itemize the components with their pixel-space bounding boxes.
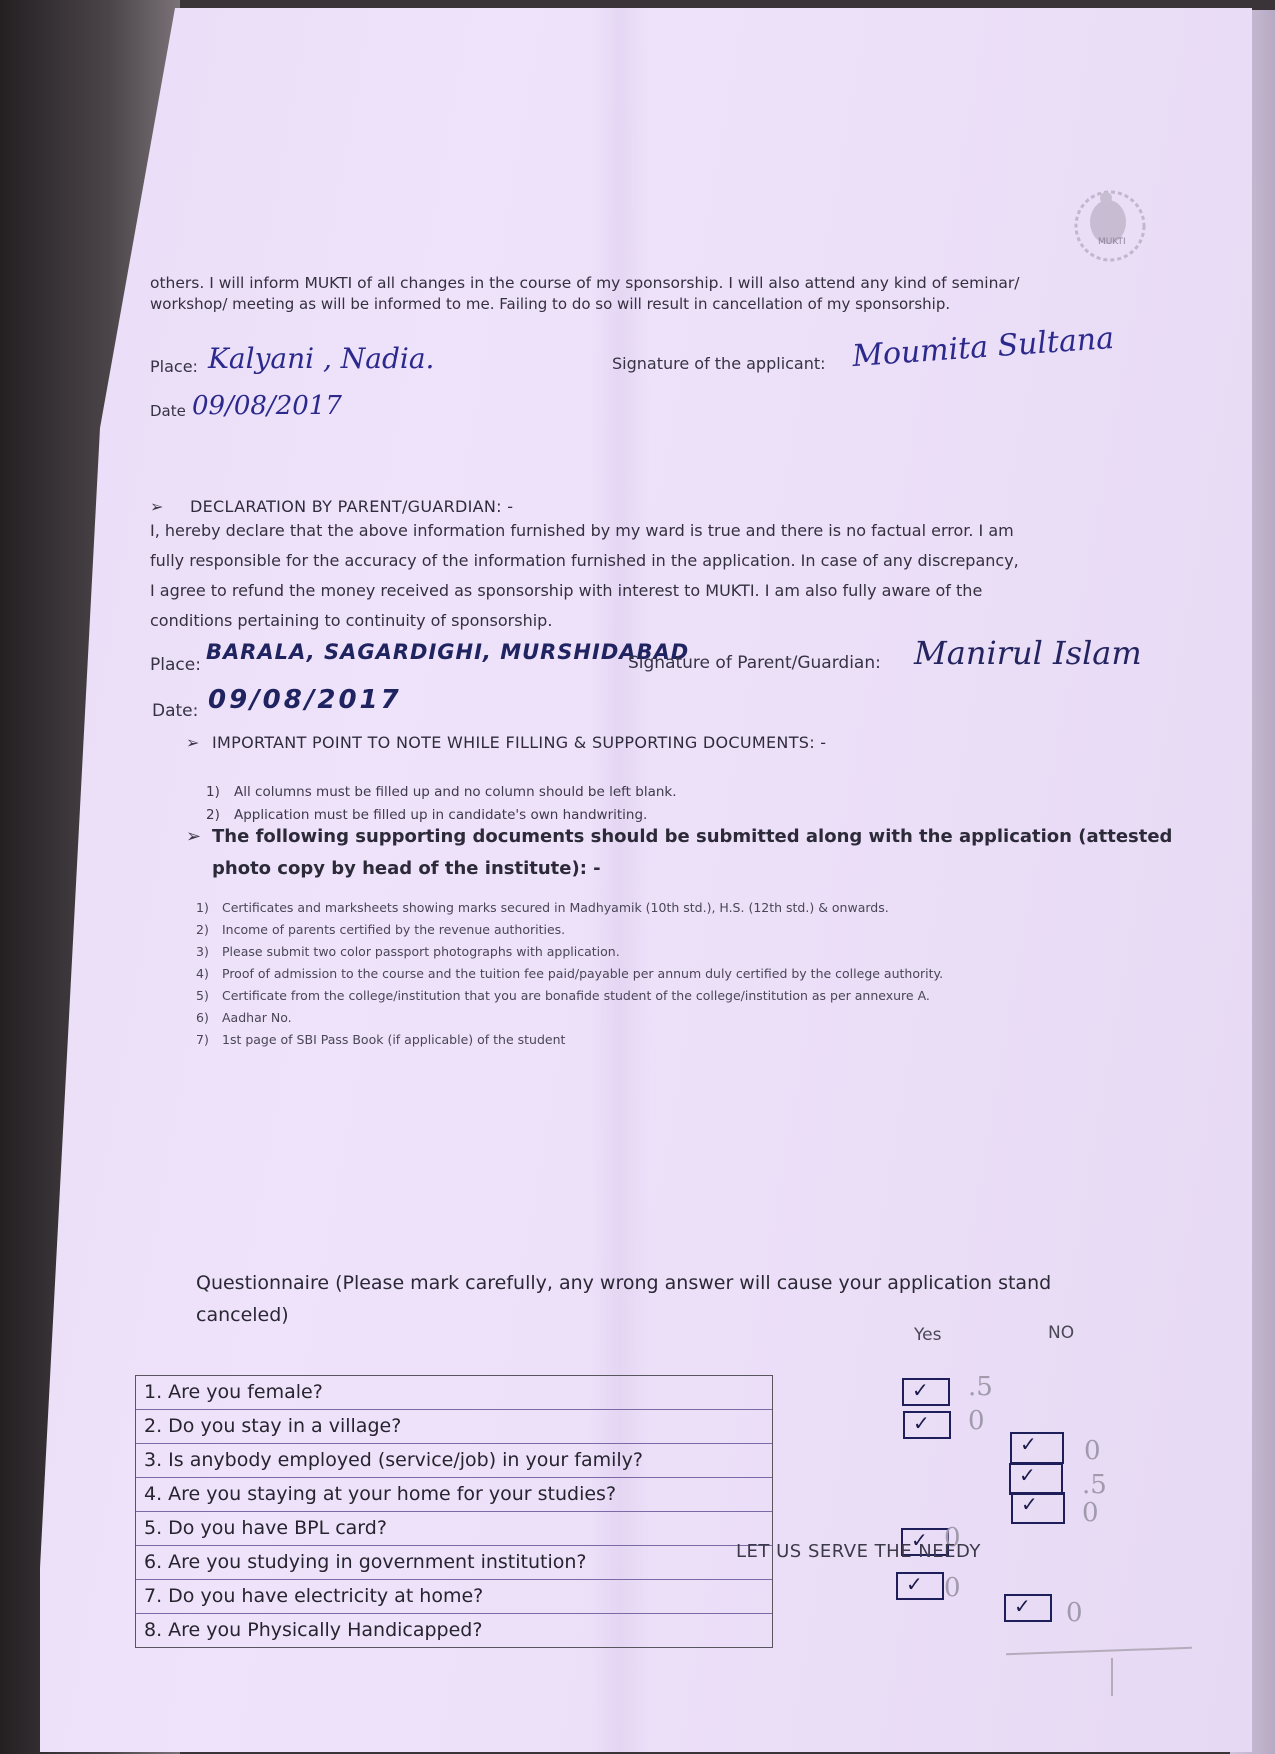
list-number: 6): [196, 1007, 222, 1029]
list-text: Certificates and marksheets showing mark…: [222, 900, 889, 915]
question-row: 5. Do you have BPL card?: [136, 1512, 772, 1546]
pencil-score: 0: [968, 1406, 985, 1436]
no-column-header: NO: [1048, 1323, 1074, 1343]
question-row: 6. Are you studying in government instit…: [136, 1546, 772, 1580]
check-mark-icon: ✓: [1014, 1594, 1031, 1618]
list-text: Income of parents certified by the reven…: [222, 922, 565, 937]
answer-checkbox-no[interactable]: ✓: [1004, 1594, 1052, 1622]
list-text: Please submit two color passport photogr…: [222, 944, 620, 959]
list-number: 7): [196, 1029, 222, 1051]
pencil-score: 0: [1066, 1598, 1083, 1628]
pencil-tally-mark: [1111, 1658, 1113, 1696]
supporting-docs-heading-line-1: ➢The following supporting documents shou…: [186, 826, 1172, 848]
applicant-declaration-line-1: others. I will inform MUKTI of all chang…: [150, 272, 1020, 294]
guardian-declaration-line-3: I agree to refund the money received as …: [150, 576, 982, 606]
guardian-declaration-line-4: conditions pertaining to continuity of s…: [150, 606, 552, 636]
list-number: 3): [196, 941, 222, 963]
answer-checkbox-no[interactable]: ✓: [1009, 1463, 1063, 1495]
list-text: Certificate from the college/institution…: [222, 988, 930, 1003]
supporting-doc-item: 2)Income of parents certified by the rev…: [196, 919, 565, 941]
guardian-declaration-line-2: fully responsible for the accuracy of th…: [150, 546, 1019, 576]
guardian-place-label: Place:: [150, 654, 201, 676]
question-row: 2. Do you stay in a village?: [136, 1410, 772, 1444]
arrow-bullet-icon: ➢: [150, 496, 190, 518]
motto-stamp: LET US SERVE THE NEEDY: [736, 1541, 981, 1562]
list-text: All columns must be filled up and no col…: [234, 784, 677, 800]
yes-column-header: Yes: [914, 1325, 941, 1345]
question-row: 7. Do you have electricity at home?: [136, 1580, 772, 1614]
guardian-signature[interactable]: Manirul Islam: [914, 634, 1142, 672]
important-point-1: 1)All columns must be filled up and no c…: [206, 781, 677, 803]
pencil-score: .5: [968, 1372, 993, 1402]
important-points-heading-text: IMPORTANT POINT TO NOTE WHILE FILLING & …: [212, 733, 826, 752]
supporting-doc-item: 4)Proof of admission to the course and t…: [196, 963, 943, 985]
answer-checkbox-yes[interactable]: ✓: [903, 1411, 951, 1439]
list-number: 4): [196, 963, 222, 985]
pencil-score: .5: [1082, 1470, 1107, 1500]
supporting-doc-item: 1)Certificates and marksheets showing ma…: [196, 897, 889, 919]
list-number: 5): [196, 985, 222, 1007]
guardian-declaration-line-1: I, hereby declare that the above informa…: [150, 516, 1014, 546]
pencil-score: 0: [1082, 1498, 1099, 1528]
question-row: 8. Are you Physically Handicapped?: [136, 1614, 772, 1647]
answer-checkbox-no[interactable]: ✓: [1010, 1432, 1064, 1464]
question-row: 1. Are you female?: [136, 1376, 772, 1410]
mukti-logo-icon: MUKTI: [1048, 178, 1168, 278]
guardian-declaration-heading: ➢DECLARATION BY PARENT/GUARDIAN: -: [150, 496, 513, 518]
guardian-heading-text: DECLARATION BY PARENT/GUARDIAN: -: [190, 497, 513, 516]
check-mark-icon: ✓: [906, 1572, 923, 1596]
supporting-doc-item: 7)1st page of SBI Pass Book (if applicab…: [196, 1029, 565, 1051]
guardian-date-label: Date:: [152, 700, 198, 722]
answer-checkbox-yes[interactable]: ✓: [896, 1572, 944, 1600]
check-mark-icon: ✓: [1021, 1492, 1038, 1516]
svg-text:MUKTI: MUKTI: [1098, 237, 1126, 247]
list-number: 2): [196, 919, 222, 941]
supporting-docs-heading-text: The following supporting documents shoul…: [212, 826, 1172, 847]
guardian-place-value[interactable]: BARALA, SAGARDIGHI, MURSHIDABAD: [206, 638, 689, 666]
arrow-bullet-icon: ➢: [186, 732, 212, 754]
supporting-doc-item: 6)Aadhar No.: [196, 1007, 292, 1029]
list-number: 2): [206, 804, 234, 826]
list-text: Aadhar No.: [222, 1010, 292, 1025]
applicant-signature-label: Signature of the applicant:: [612, 353, 826, 375]
guardian-signature-label: Signature of Parent/Guardian:: [628, 652, 881, 674]
list-text: Proof of admission to the course and the…: [222, 966, 943, 981]
supporting-docs-heading-line-2: photo copy by head of the institute): -: [212, 858, 601, 880]
answer-checkbox-no[interactable]: ✓: [1011, 1492, 1065, 1524]
check-mark-icon: ✓: [912, 1378, 929, 1402]
questionnaire-table: 1. Are you female?2. Do you stay in a vi…: [135, 1375, 773, 1648]
check-mark-icon: ✓: [1019, 1463, 1036, 1487]
list-text: Application must be filled up in candida…: [234, 807, 647, 823]
list-number: 1): [196, 897, 222, 919]
pencil-score: 0: [944, 1573, 961, 1603]
important-point-2: 2)Application must be filled up in candi…: [206, 804, 647, 826]
applicant-place-value[interactable]: Kalyani , Nadia.: [208, 342, 434, 376]
questionnaire-title-line-2: canceled): [196, 1300, 289, 1330]
list-number: 1): [206, 781, 234, 803]
supporting-doc-item: 5)Certificate from the college/instituti…: [196, 985, 930, 1007]
important-points-heading: ➢IMPORTANT POINT TO NOTE WHILE FILLING &…: [186, 732, 826, 754]
check-mark-icon: ✓: [913, 1411, 930, 1435]
questionnaire-title-line-1: Questionnaire (Please mark carefully, an…: [196, 1268, 1051, 1298]
supporting-doc-item: 3)Please submit two color passport photo…: [196, 941, 620, 963]
applicant-declaration-line-2: workshop/ meeting as will be informed to…: [150, 293, 950, 315]
arrow-bullet-icon: ➢: [186, 826, 212, 848]
guardian-date-value[interactable]: 09/08/2017: [208, 684, 402, 716]
question-row: 4. Are you staying at your home for your…: [136, 1478, 772, 1512]
answer-checkbox-yes[interactable]: ✓: [902, 1378, 950, 1406]
pencil-score: 0: [1084, 1436, 1101, 1466]
applicant-date-value[interactable]: 09/08/2017: [192, 390, 342, 422]
check-mark-icon: ✓: [1020, 1432, 1037, 1456]
applicant-date-label: Date: [150, 400, 186, 422]
applicant-place-label: Place:: [150, 356, 198, 378]
list-text: 1st page of SBI Pass Book (if applicable…: [222, 1032, 565, 1047]
question-row: 3. Is anybody employed (service/job) in …: [136, 1444, 772, 1478]
